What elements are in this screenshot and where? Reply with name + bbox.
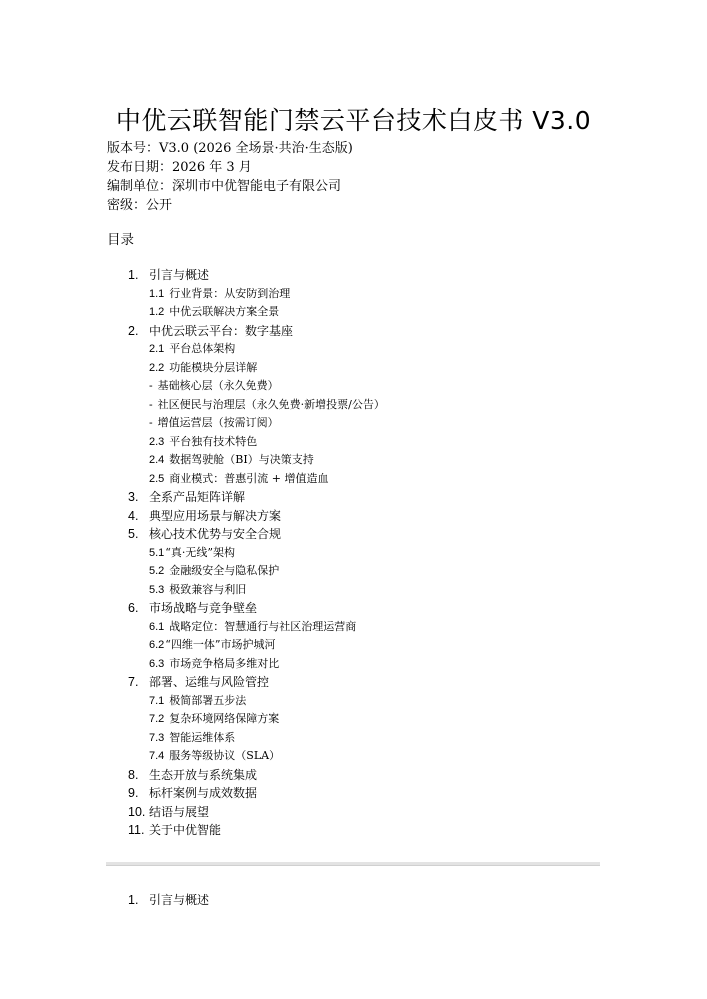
organization-line: 编制单位：深圳市中优智能电子有限公司 — [107, 177, 353, 196]
toc-item-label: 关于中优智能 — [149, 823, 221, 837]
toc-item-label: 增值运营层（按需订阅） — [158, 416, 279, 429]
toc-item-label: 复杂环境网络保障方案 — [169, 712, 279, 725]
toc-item-number: 7. — [128, 673, 149, 692]
toc-subitem[interactable]: 1.1行业背景：从安防到治理 — [128, 285, 385, 304]
toc-subitem[interactable]: 5.1“真·无线”架构 — [128, 544, 385, 563]
toc-item[interactable]: 11.关于中优智能 — [128, 821, 385, 840]
toc-item-number: 1.1 — [149, 288, 164, 300]
toc-subitem[interactable]: 6.2“四维一体”市场护城河 — [128, 636, 385, 655]
toc-item-label: 平台独有技术特色 — [169, 435, 257, 448]
toc-subitem[interactable]: 7.4服务等级协议（SLA） — [128, 747, 385, 766]
toc-item-number: 7.1 — [149, 695, 164, 707]
toc-item-label: 市场战略与竞争壁垒 — [149, 601, 257, 615]
toc-subitem[interactable]: 2.1平台总体架构 — [128, 340, 385, 359]
section-number: 1. — [128, 891, 149, 909]
toc-item-label: 引言与概述 — [149, 268, 209, 282]
toc-subitem[interactable]: 2.3平台独有技术特色 — [128, 433, 385, 452]
toc-subitem[interactable]: 1.2中优云联解决方案全景 — [128, 303, 385, 322]
toc-item-label: 社区便民与治理层（永久免费·新增投票/公告） — [158, 398, 385, 411]
toc-subitem[interactable]: 2.2功能模块分层详解 — [128, 359, 385, 378]
toc-item-label: 生态开放与系统集成 — [149, 768, 257, 782]
toc-item-number: 6.3 — [149, 658, 164, 670]
toc-item-label: 极简部署五步法 — [169, 694, 246, 707]
toc-item-label: 中优云联云平台：数字基座 — [149, 324, 293, 338]
toc-item-number: 5.1 — [149, 547, 164, 559]
toc-item-number: 8. — [128, 766, 149, 785]
toc-item-number: 5. — [128, 525, 149, 544]
toc-subitem[interactable]: 7.2复杂环境网络保障方案 — [128, 710, 385, 729]
classification-line: 密级：公开 — [107, 196, 353, 215]
toc-item-label: 结语与展望 — [149, 805, 209, 819]
toc-item[interactable]: 4.典型应用场景与解决方案 — [128, 507, 385, 526]
toc-item-number: 1.2 — [149, 306, 164, 318]
toc-subitem[interactable]: 7.1极简部署五步法 — [128, 692, 385, 711]
section-title: 引言与概述 — [149, 893, 209, 907]
toc-item-number: 10. — [128, 803, 149, 822]
toc-item[interactable]: 3.全系产品矩阵详解 — [128, 488, 385, 507]
toc-item-label: 功能模块分层详解 — [169, 361, 257, 374]
toc-item-label: 服务等级协议（SLA） — [169, 749, 280, 762]
toc-item-label: 极致兼容与利旧 — [169, 583, 246, 596]
toc-item-number: 2.5 — [149, 473, 164, 485]
toc-item-label: 中优云联解决方案全景 — [169, 305, 279, 318]
toc-item[interactable]: 1.引言与概述 — [128, 266, 385, 285]
toc-item-number: 7.2 — [149, 713, 164, 725]
toc-item[interactable]: 6.市场战略与竞争壁垒 — [128, 599, 385, 618]
toc-item-number: 2.3 — [149, 436, 164, 448]
toc-item[interactable]: 5.核心技术优势与安全合规 — [128, 525, 385, 544]
toc-item-label: 平台总体架构 — [169, 342, 235, 355]
toc-item-label: 数据驾驶舱（BI）与决策支持 — [169, 453, 313, 466]
table-of-contents: 1.引言与概述1.1行业背景：从安防到治理1.2中优云联解决方案全景2.中优云联… — [128, 266, 385, 840]
toc-item-label: 商业模式：普惠引流 + 增值造血 — [169, 472, 328, 485]
toc-item-label: 典型应用场景与解决方案 — [149, 509, 281, 523]
toc-item-number: 1. — [128, 266, 149, 285]
toc-item-number: 2.1 — [149, 343, 164, 355]
toc-heading: 目录 — [107, 230, 134, 250]
toc-item-number: 5.2 — [149, 565, 164, 577]
version-line: 版本号：V3.0 (2026 全场景·共治·生态版) — [107, 139, 353, 158]
toc-subitem[interactable]: -增值运营层（按需订阅） — [128, 414, 385, 433]
horizontal-divider — [106, 862, 600, 866]
toc-item-number: 9. — [128, 784, 149, 803]
toc-item[interactable]: 7.部署、运维与风险管控 — [128, 673, 385, 692]
toc-item-label: 基础核心层（永久免费） — [158, 379, 279, 392]
toc-item[interactable]: 2.中优云联云平台：数字基座 — [128, 322, 385, 341]
toc-item-number: 11. — [128, 821, 149, 840]
toc-subitem[interactable]: 6.1战略定位：智慧通行与社区治理运营商 — [128, 618, 385, 637]
toc-subitem[interactable]: 2.4数据驾驶舱（BI）与决策支持 — [128, 451, 385, 470]
toc-item-number: 6.1 — [149, 621, 164, 633]
toc-item-label: 标杆案例与成效数据 — [149, 786, 257, 800]
toc-item-label: 部署、运维与风险管控 — [149, 675, 269, 689]
toc-subitem[interactable]: 6.3市场竞争格局多维对比 — [128, 655, 385, 674]
toc-item[interactable]: 8.生态开放与系统集成 — [128, 766, 385, 785]
toc-item-label: 全系产品矩阵详解 — [149, 490, 245, 504]
toc-subitem[interactable]: 5.3极致兼容与利旧 — [128, 581, 385, 600]
toc-item-label: “四维一体”市场护城河 — [165, 638, 275, 651]
toc-item-number: 5.3 — [149, 584, 164, 596]
release-date-line: 发布日期：2026 年 3 月 — [107, 158, 353, 177]
toc-item-number: 2.4 — [149, 454, 164, 466]
toc-item-number: 3. — [128, 488, 149, 507]
toc-item-label: 市场竞争格局多维对比 — [169, 657, 279, 670]
toc-item-number: 6.2 — [149, 639, 164, 651]
toc-item-number: - — [149, 399, 153, 411]
toc-subitem[interactable]: 2.5商业模式：普惠引流 + 增值造血 — [128, 470, 385, 489]
toc-item-label: 核心技术优势与安全合规 — [149, 527, 281, 541]
toc-item-number: 6. — [128, 599, 149, 618]
toc-item-number: - — [149, 417, 153, 429]
toc-item-number: 2.2 — [149, 362, 164, 374]
toc-item-label: 金融级安全与隐私保护 — [169, 564, 279, 577]
toc-item-number: 2. — [128, 322, 149, 341]
toc-item-number: 7.4 — [149, 750, 164, 762]
toc-item[interactable]: 10.结语与展望 — [128, 803, 385, 822]
toc-subitem[interactable]: -基础核心层（永久免费） — [128, 377, 385, 396]
section-heading: 1.引言与概述 — [128, 891, 209, 909]
toc-item-label: 行业背景：从安防到治理 — [169, 287, 290, 300]
toc-item-number: 4. — [128, 507, 149, 526]
toc-subitem[interactable]: 7.3智能运维体系 — [128, 729, 385, 748]
toc-item-number: 7.3 — [149, 732, 164, 744]
toc-item-label: “真·无线”架构 — [165, 546, 235, 559]
toc-item-number: - — [149, 380, 153, 392]
toc-item-label: 战略定位：智慧通行与社区治理运营商 — [169, 620, 356, 633]
toc-subitem[interactable]: 5.2金融级安全与隐私保护 — [128, 562, 385, 581]
document-meta: 版本号：V3.0 (2026 全场景·共治·生态版) 发布日期：2026 年 3… — [107, 139, 353, 215]
toc-item[interactable]: 9.标杆案例与成效数据 — [128, 784, 385, 803]
toc-item-label: 智能运维体系 — [169, 731, 235, 744]
toc-subitem[interactable]: -社区便民与治理层（永久免费·新增投票/公告） — [128, 396, 385, 415]
document-title: 中优云联智能门禁云平台技术白皮书 V3.0 — [0, 103, 707, 139]
